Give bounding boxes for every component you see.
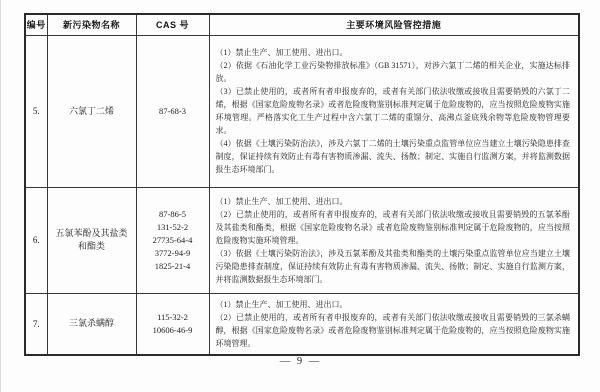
- measure-item: （3）已禁止使用的，或者所有者申报废弃的，或者有关部门依法收缴或接收且需要销毁的…: [216, 85, 571, 137]
- col-header-cas: CAS 号: [136, 14, 209, 35]
- measure-item: （1）禁止生产、加工使用、进出口。: [216, 298, 571, 311]
- document-page: 编号 新污染物名称 CAS 号 主要环境风险管控措施 5. 六氯丁二烯 87-6…: [0, 0, 600, 392]
- cas-number: 10606-46-9: [139, 324, 207, 337]
- col-header-number: 编号: [25, 14, 47, 35]
- table-header-row: 编号 新污染物名称 CAS 号 主要环境风险管控措施: [25, 14, 579, 35]
- pollutant-name: 三氯杀螨醇: [47, 293, 136, 355]
- cas-number: 3772-94-9: [139, 247, 207, 260]
- cas-number: 1825-21-4: [139, 260, 207, 273]
- control-measures: （1）禁止生产、加工使用、进出口。 （2）依据《石油化学工业污染物排放标准》（G…: [209, 35, 579, 187]
- row-number: 6.: [25, 187, 47, 293]
- control-measures: （1）禁止生产、加工使用、进出口。 （2）已禁止使用的，或者所有者申报废弃的，或…: [209, 187, 579, 293]
- cas-number: 131-52-2: [139, 221, 207, 234]
- measure-item: （2）已禁止使用的，或者所有者申报废弃的，或者有关部门依法收缴或接收且需要销毁的…: [216, 208, 571, 247]
- cas-number: 87-86-5: [139, 208, 207, 221]
- cas-number: 115-32-2: [139, 311, 207, 324]
- measure-item: （2）已禁止使用的，或者所有者申报废弃的，或者有关部门依法收缴或接收且需要销毁的…: [216, 311, 571, 350]
- pollutant-name: 六氯丁二烯: [47, 35, 136, 187]
- measure-item: （1）禁止生产、加工使用、进出口。: [216, 195, 571, 208]
- col-header-measures: 主要环境风险管控措施: [209, 14, 579, 35]
- col-header-pollutant-name: 新污染物名称: [47, 14, 136, 35]
- page-number: — 9 —: [1, 356, 600, 367]
- measure-item: （2）依据《石油化学工业污染物排放标准》（GB 31571），对涉六氯丁二烯的相…: [216, 59, 571, 85]
- cas-numbers: 87-86-5 131-52-2 27735-64-4 3772-94-9 18…: [136, 187, 209, 293]
- table-row: 7. 三氯杀螨醇 115-32-2 10606-46-9 （1）禁止生产、加工使…: [25, 293, 579, 355]
- measure-item: （3）依据《土壤污染防治法》，涉及五氯苯酚及其盐类和酯类的土壤污染重点监管单位应…: [216, 247, 571, 286]
- measure-item: （1）禁止生产、加工使用、进出口。: [216, 46, 571, 59]
- pollutant-name: 五氯苯酚及其盐类和酯类: [47, 187, 136, 293]
- control-measures: （1）禁止生产、加工使用、进出口。 （2）已禁止使用的，或者所有者申报废弃的，或…: [209, 293, 579, 355]
- measure-item: （4）依据《土壤污染防治法》，涉及六氯丁二烯的土壤污染重点监管单位应当建立土壤污…: [216, 137, 571, 176]
- cas-numbers: 87-68-3: [136, 35, 209, 187]
- row-number: 7.: [25, 293, 47, 355]
- row-number: 5.: [25, 35, 47, 187]
- cas-number: 27735-64-4: [139, 234, 207, 247]
- cas-number: 87-68-3: [139, 105, 207, 118]
- pollutant-control-table: 编号 新污染物名称 CAS 号 主要环境风险管控措施 5. 六氯丁二烯 87-6…: [24, 13, 580, 356]
- cas-numbers: 115-32-2 10606-46-9: [136, 293, 209, 355]
- table-row: 6. 五氯苯酚及其盐类和酯类 87-86-5 131-52-2 27735-64…: [25, 187, 579, 293]
- table-row: 5. 六氯丁二烯 87-68-3 （1）禁止生产、加工使用、进出口。 （2）依据…: [25, 35, 579, 187]
